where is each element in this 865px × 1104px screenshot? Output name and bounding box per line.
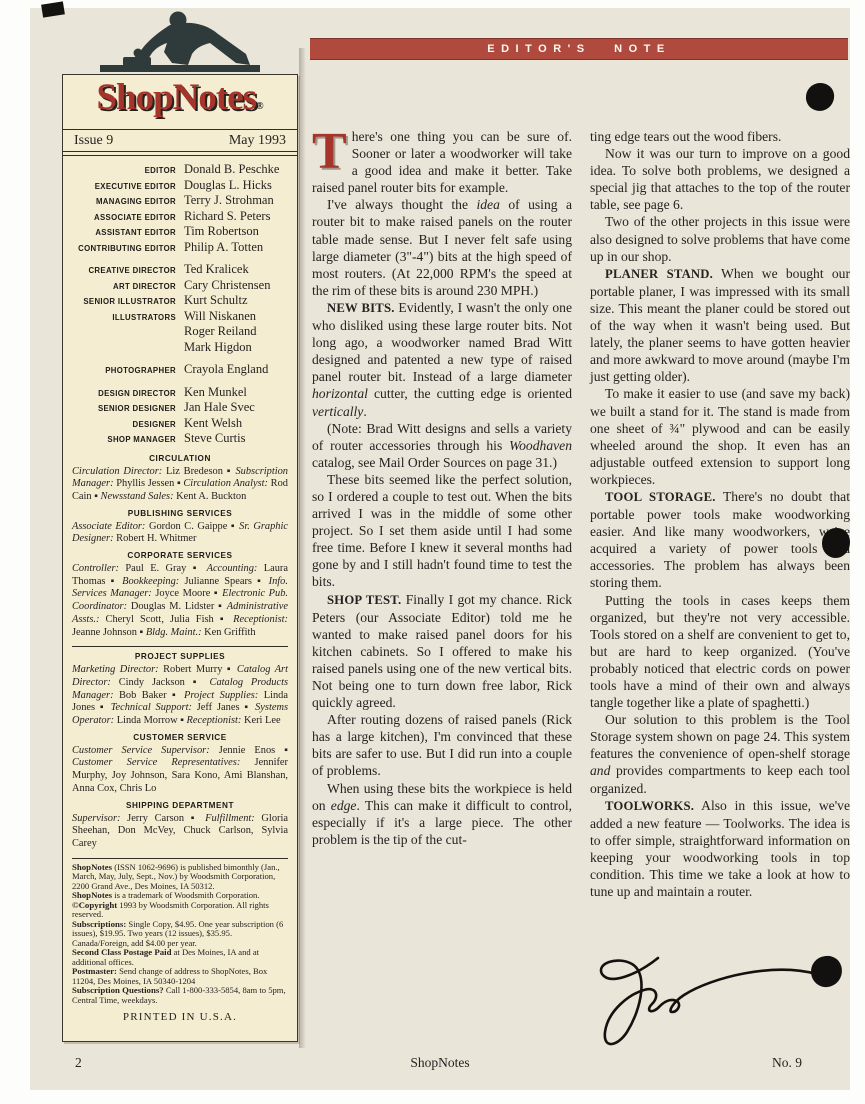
staff-name: Jan Hale Svec (184, 400, 255, 416)
article-col2: ting edge tears out the wood fibers.Now … (590, 128, 850, 900)
department-credits: CIRCULATIONCirculation Director: Liz Bre… (72, 454, 288, 859)
italic-text: Woodhaven (509, 438, 572, 453)
staff-row: ART DIRECTORCary Christensen (72, 278, 288, 294)
staff-name: Mark Higdon (184, 340, 257, 356)
staff-name: Will Niskanen (184, 309, 257, 325)
paragraph-lead: ShopNotes (72, 890, 112, 900)
staff-row: ASSISTANT EDITORTim Robertson (72, 224, 288, 240)
role-name: Receptionist: (233, 614, 288, 625)
staff-role-label: ASSISTANT EDITOR (72, 228, 184, 237)
staff-name: Steve Curtis (184, 431, 245, 447)
staff-role-label: ILLUSTRATORS (72, 313, 184, 322)
role-name: Newsstand Sales: (101, 491, 174, 502)
staff-names: Kent Welsh (184, 416, 242, 432)
article-paragraph: PLANER STAND. When we bought our portabl… (590, 265, 850, 386)
staff-name: Terry J. Strohman (184, 193, 274, 209)
text-run: is a trademark of Woodsmith Corporation. (112, 890, 259, 900)
article-paragraph: TOOLWORKS. Also in this issue, we've add… (590, 797, 850, 901)
logo-lockup: ShopNotes® (72, 78, 288, 127)
role-name: Technical Support: (111, 702, 192, 713)
staff-role-label: PHOTOGRAPHER (72, 366, 184, 375)
text-run: Finally I got my chance. Rick Peters (ou… (312, 592, 572, 711)
italic-text: horizontal (312, 386, 368, 401)
footer-title: ShopNotes (410, 1055, 469, 1071)
staff-row: SENIOR DESIGNERJan Hale Svec (72, 400, 288, 416)
italic-text: and (590, 763, 610, 778)
staff-names: Douglas L. Hicks (184, 178, 272, 194)
publication-info: ShopNotes (ISSN 1062-9696) is published … (72, 863, 288, 1006)
article-paragraph: I've always thought the idea of using a … (312, 196, 572, 299)
staff-role-label: SENIOR DESIGNER (72, 404, 184, 413)
divider-rule (72, 858, 288, 859)
paragraph-lead: SHOP TEST. (327, 593, 401, 607)
role-name: Bookkeeping: (122, 576, 179, 587)
article-paragraph: Now it was our turn to improve on a good… (590, 145, 850, 213)
text-run: After routing dozens of raised panels (R… (312, 712, 572, 778)
role-name: Marketing Director: (72, 664, 159, 675)
staff-list: EDITORDonald B. PeschkeEXECUTIVE EDITORD… (72, 162, 288, 447)
staff-names: Steve Curtis (184, 431, 245, 447)
article-paragraph: SHOP TEST. Finally I got my chance. Rick… (312, 591, 572, 712)
staff-row: SENIOR ILLUSTRATORKurt Schultz (72, 293, 288, 309)
role-name: Project Supplies: (184, 690, 258, 701)
staff-group: PHOTOGRAPHERCrayola England (72, 362, 288, 378)
department-staff: Circulation Director: Liz Bredeson ▪ Sub… (72, 466, 288, 504)
staff-names: Cary Christensen (184, 278, 270, 294)
department-title: PUBLISHING SERVICES (72, 509, 288, 518)
logo-text: ShopNotes (96, 77, 256, 118)
role-name: Supervisor: (72, 813, 120, 824)
role-name: Circulation Director: (72, 466, 162, 477)
staff-row: DESIGN DIRECTORKen Munkel (72, 385, 288, 401)
banner-title: EDITOR'S NOTE (487, 43, 670, 55)
role-name: Receptionist: (187, 715, 242, 726)
italic-text: vertically (312, 404, 363, 419)
staff-names: Philip A. Totten (184, 240, 263, 256)
article-col1: There's one thing you can be sure of. So… (312, 128, 572, 900)
staff-names: Donald B. Peschke (184, 162, 279, 178)
fine-print-paragraph: ShopNotes (ISSN 1062-9696) is published … (72, 863, 288, 892)
article-paragraph: Our solution to this problem is the Tool… (590, 711, 850, 796)
role-name: Controller: (72, 563, 119, 574)
staff-row: SHOP MANAGERSteve Curtis (72, 431, 288, 447)
paragraph-lead: NEW BITS. (327, 301, 395, 315)
staff-role-label: ART DIRECTOR (72, 282, 184, 291)
paragraph-lead: TOOL STORAGE. (605, 490, 716, 504)
department-staff: Customer Service Supervisor: Jennie Enos… (72, 745, 288, 796)
drop-cap: T (312, 128, 352, 172)
text-run: Now it was our turn to improve on a good… (590, 146, 850, 212)
italic-text: edge (331, 798, 357, 813)
staff-row: CREATIVE DIRECTORTed Kralicek (72, 262, 288, 278)
staff-group: CREATIVE DIRECTORTed KralicekART DIRECTO… (72, 262, 288, 355)
registered-trademark-icon: ® (256, 101, 263, 112)
staff-role-label: MANAGING EDITOR (72, 197, 184, 206)
staff-name: Philip A. Totten (184, 240, 263, 256)
masthead-sidebar: ShopNotes® Issue 9 May 1993 EDITORDonald… (62, 74, 298, 1042)
staff-row: DESIGNERKent Welsh (72, 416, 288, 432)
department-staff: Supervisor: Jerry Carson ▪ Fulfillment: … (72, 813, 288, 851)
staff-role-label: SHOP MANAGER (72, 435, 184, 444)
article-paragraph: When using these bits the workpiece is h… (312, 780, 572, 848)
article-paragraph: TOOL STORAGE. There's no doubt that port… (590, 488, 850, 592)
text-run: ting edge tears out the wood fibers. (590, 129, 781, 144)
article-paragraph: (Note: Brad Witt designs and sells a var… (312, 420, 572, 471)
department-staff: Marketing Director: Robert Murry ▪ Catal… (72, 664, 288, 728)
text-run: When we bought our portable planer, I wa… (590, 266, 850, 385)
staff-group: EDITORDonald B. PeschkeEXECUTIVE EDITORD… (72, 162, 288, 255)
staff-role-label: DESIGNER (72, 420, 184, 429)
paragraph-lead: Subscriptions: (72, 919, 126, 929)
staff-role-label: EDITOR (72, 166, 184, 175)
staff-name: Cary Christensen (184, 278, 270, 294)
staff-row: PHOTOGRAPHERCrayola England (72, 362, 288, 378)
staff-row: ILLUSTRATORSWill NiskanenRoger ReilandMa… (72, 309, 288, 356)
signature-don (580, 954, 820, 1064)
article-paragraph: NEW BITS. Evidently, I wasn't the only o… (312, 299, 572, 420)
text-run: Our solution to this problem is the Tool… (590, 712, 850, 761)
staff-role-label: CREATIVE DIRECTOR (72, 266, 184, 275)
role-name: Associate Editor: (72, 521, 145, 532)
staff-name: Kurt Schultz (184, 293, 248, 309)
staff-role-label: SENIOR ILLUSTRATOR (72, 297, 184, 306)
paragraph-lead: ShopNotes (72, 862, 112, 872)
paragraph-lead: ©Copyright (72, 900, 117, 910)
text-run: here's one thing you can be sure of. Soo… (312, 129, 572, 195)
issue-number: Issue 9 (74, 133, 113, 149)
staff-name: Richard S. Peters (184, 209, 270, 225)
binding-hole-mark (804, 81, 836, 113)
magazine-page: ShopNotes® Issue 9 May 1993 EDITORDonald… (30, 8, 850, 1090)
article-paragraph: There's one thing you can be sure of. So… (312, 128, 572, 196)
article-paragraph: After routing dozens of raised panels (R… (312, 711, 572, 779)
role-name: Accounting: (207, 563, 258, 574)
staff-name: Donald B. Peschke (184, 162, 279, 178)
staff-row: CONTRIBUTING EDITORPhilip A. Totten (72, 240, 288, 256)
staff-row: ASSOCIATE EDITORRichard S. Peters (72, 209, 288, 225)
staff-names: Terry J. Strohman (184, 193, 274, 209)
department-staff: Associate Editor: Gordon C. Gaippe ▪ Sr.… (72, 521, 288, 546)
staff-name: Tim Robertson (184, 224, 259, 240)
staff-role-label: CONTRIBUTING EDITOR (72, 244, 184, 253)
scan-gutter-shadow (299, 48, 306, 1048)
department-staff: Controller: Paul E. Gray ▪ Accounting: L… (72, 563, 288, 639)
text-run: provides compartments to keep each tool … (590, 763, 850, 795)
fine-print-paragraph: ©Copyright 1993 by Woodsmith Corporation… (72, 901, 288, 920)
staff-role-label: DESIGN DIRECTOR (72, 389, 184, 398)
role-name: Circulation Analyst: (183, 478, 268, 489)
paragraph-lead: PLANER STAND. (605, 267, 713, 281)
footer-issue: No. 9 (772, 1055, 802, 1071)
woodworker-logo-icon (94, 10, 266, 73)
staff-names: Ken Munkel (184, 385, 247, 401)
staff-name: Ken Munkel (184, 385, 247, 401)
staff-row: EXECUTIVE EDITORDouglas L. Hicks (72, 178, 288, 194)
issue-date: May 1993 (229, 133, 286, 149)
staff-names: Will NiskanenRoger ReilandMark Higdon (184, 309, 257, 356)
divider-rule (72, 646, 288, 647)
divider (63, 151, 297, 156)
text-run: cutter, the cutting edge is oriented (368, 386, 572, 401)
role-name: Bldg. Maint.: (146, 627, 202, 638)
department-title: SHIPPING DEPARTMENT (72, 801, 288, 810)
department-title: CORPORATE SERVICES (72, 551, 288, 560)
staff-role-label: EXECUTIVE EDITOR (72, 182, 184, 191)
fine-print-paragraph: Subscriptions: Single Copy, $4.95. One y… (72, 920, 288, 949)
department-title: CUSTOMER SERVICE (72, 733, 288, 742)
role-name: Customer Service Representatives: (72, 757, 240, 768)
staff-role-label: ASSOCIATE EDITOR (72, 213, 184, 222)
staff-names: Richard S. Peters (184, 209, 270, 225)
department-title: PROJECT SUPPLIES (72, 652, 288, 661)
issue-row: Issue 9 May 1993 (72, 130, 288, 151)
staff-names: Jan Hale Svec (184, 400, 255, 416)
staff-name: Crayola England (184, 362, 268, 378)
text-run: I've always thought the (327, 197, 476, 212)
staff-name: Ted Kralicek (184, 262, 249, 278)
text-run: of using a router bit to make raised pan… (312, 197, 572, 297)
article-body: There's one thing you can be sure of. So… (312, 128, 850, 900)
staff-group: DESIGN DIRECTORKen MunkelSENIOR DESIGNER… (72, 385, 288, 447)
text-run: Putting the tools in cases keeps them or… (590, 593, 850, 711)
paragraph-lead: Second Class Postage Paid (72, 947, 171, 957)
scan-artifact (41, 1, 65, 17)
role-name: Fulfillment: (205, 813, 255, 824)
paragraph-lead: Postmaster: (72, 966, 117, 976)
staff-names: Ted Kralicek (184, 262, 249, 278)
staff-name: Kent Welsh (184, 416, 242, 432)
text-run: To make it easier to use (and save my ba… (590, 386, 850, 486)
text-run: These bits seemed like the perfect solut… (312, 472, 572, 590)
staff-row: EDITORDonald B. Peschke (72, 162, 288, 178)
article-paragraph: To make it easier to use (and save my ba… (590, 385, 850, 488)
editors-note-banner: EDITOR'S NOTE (310, 38, 848, 60)
role-name: Customer Service Supervisor: (72, 745, 210, 756)
department-title: CIRCULATION (72, 454, 288, 463)
staff-row: MANAGING EDITORTerry J. Strohman (72, 193, 288, 209)
staff-names: Kurt Schultz (184, 293, 248, 309)
staff-name: Roger Reiland (184, 324, 257, 340)
fine-print-paragraph: Second Class Postage Paid at Des Moines,… (72, 948, 288, 967)
scanned-magazine-page: ShopNotes® Issue 9 May 1993 EDITORDonald… (0, 0, 865, 1104)
page-number: 2 (75, 1055, 82, 1071)
printed-in-usa: PRINTED IN U.S.A. (72, 1011, 288, 1023)
staff-names: Tim Robertson (184, 224, 259, 240)
paragraph-lead: Subscription Questions? (72, 985, 164, 995)
fine-print-paragraph: Postmaster: Send change of address to Sh… (72, 967, 288, 986)
staff-name: Douglas L. Hicks (184, 178, 272, 194)
text-run: . (363, 404, 366, 419)
article-paragraph: ting edge tears out the wood fibers. (590, 128, 850, 145)
italic-text: idea (476, 197, 499, 212)
page-footer: 2 ShopNotes No. 9 (30, 1055, 850, 1075)
text-run: Two of the other projects in this issue … (590, 214, 850, 263)
staff-names: Crayola England (184, 362, 268, 378)
paragraph-lead: TOOLWORKS. (605, 799, 694, 813)
article-paragraph: Two of the other projects in this issue … (590, 213, 850, 264)
fine-print-paragraph: Subscription Questions? Call 1-800-333-5… (72, 986, 288, 1005)
article-paragraph: Putting the tools in cases keeps them or… (590, 592, 850, 712)
text-run: catalog, see Mail Order Sources on page … (312, 455, 557, 470)
article-paragraph: These bits seemed like the perfect solut… (312, 471, 572, 591)
text-run: There's no doubt that portable power too… (590, 489, 850, 590)
